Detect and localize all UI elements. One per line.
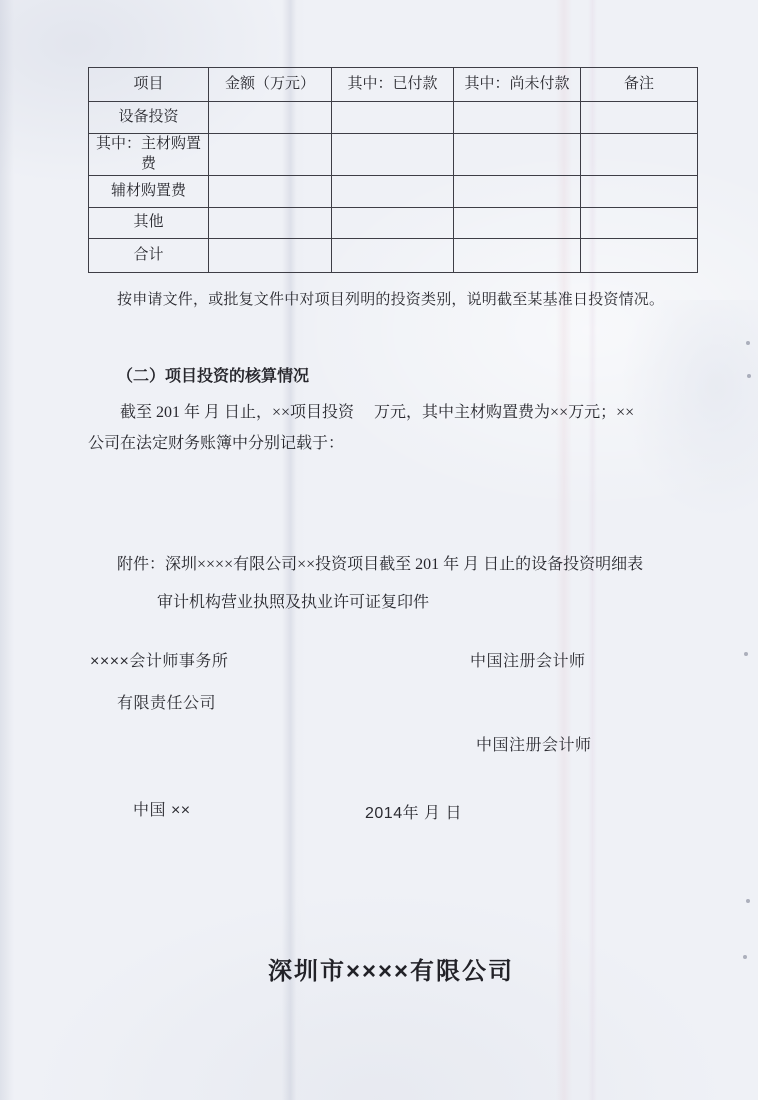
table-row: 合计 — [89, 239, 698, 273]
firm-name-line1: ××××会计师事务所 — [90, 648, 228, 671]
scanned-document-page: 项目 金额（万元） 其中：已付款 其中：尚未付款 备注 设备投资 其中：主材购置… — [0, 0, 758, 1100]
company-title: 深圳市××××有限公司 — [268, 951, 514, 986]
table-cell — [209, 239, 332, 273]
row-label: 设备投资 — [89, 102, 209, 134]
table-cell — [209, 102, 332, 134]
row-label: 其中：主材购置费 — [89, 134, 209, 176]
table-cell — [581, 176, 698, 208]
header-item: 项目 — [89, 68, 209, 102]
table-row: 其中：主材购置费 — [89, 134, 698, 176]
section-heading: （二）项目投资的核算情况 — [117, 363, 309, 386]
row-label: 其他 — [89, 208, 209, 239]
table-row: 设备投资 — [89, 102, 698, 134]
table-cell — [454, 239, 581, 273]
table-cell — [581, 102, 698, 134]
body-paragraph-line2: 公司在法定财务账簿中分别记载于： — [88, 430, 344, 453]
table-cell — [209, 208, 332, 239]
table-cell — [209, 134, 332, 176]
row-label: 辅材购置费 — [89, 176, 209, 208]
table-cell — [332, 176, 454, 208]
header-amount: 金额（万元） — [209, 68, 332, 102]
table-cell — [332, 134, 454, 176]
table-cell — [454, 102, 581, 134]
header-paid: 其中：已付款 — [332, 68, 454, 102]
paper-smudge — [620, 300, 758, 520]
note-paragraph: 按申请文件，或批复文件中对项目列明的投资类别，说明截至某基准日投资情况。 — [117, 288, 664, 309]
firm-name-line2: 有限责任公司 — [117, 690, 216, 713]
header-unpaid: 其中：尚未付款 — [454, 68, 581, 102]
cpa-title-1: 中国注册会计师 — [470, 648, 586, 671]
investment-table: 项目 金额（万元） 其中：已付款 其中：尚未付款 备注 设备投资 其中：主材购置… — [88, 67, 698, 273]
table-cell — [332, 239, 454, 273]
table-row: 辅材购置费 — [89, 176, 698, 208]
table-cell — [332, 208, 454, 239]
table-cell — [209, 176, 332, 208]
signature-place: 中国 ×× — [133, 797, 191, 820]
paper-speck — [747, 374, 751, 378]
table-cell — [581, 208, 698, 239]
cpa-title-2: 中国注册会计师 — [476, 732, 592, 755]
table-cell — [332, 102, 454, 134]
paper-speck — [746, 899, 750, 903]
paper-speck — [744, 652, 748, 656]
table-header-row: 项目 金额（万元） 其中：已付款 其中：尚未付款 备注 — [89, 68, 698, 102]
table-cell — [581, 134, 698, 176]
attachment-line1: 附件：深圳××××有限公司××投资项目截至 201 年 月 日止的设备投资明细表 — [117, 551, 643, 574]
header-remark: 备注 — [581, 68, 698, 102]
signature-date: 2014年 月 日 — [365, 800, 462, 823]
table-cell — [581, 239, 698, 273]
scan-edge-shadow — [0, 0, 14, 1100]
paper-speck — [746, 341, 750, 345]
table-cell — [454, 134, 581, 176]
table-row: 其他 — [89, 208, 698, 239]
attachment-line2: 审计机构营业执照及执业许可证复印件 — [157, 589, 429, 612]
table-cell — [454, 176, 581, 208]
paper-speck — [743, 955, 747, 959]
table-cell — [454, 208, 581, 239]
body-paragraph-line1: 截至 201 年 月 日止，××项目投资 万元，其中主材购置费为××万元；×× — [120, 399, 634, 422]
row-label: 合计 — [89, 239, 209, 273]
